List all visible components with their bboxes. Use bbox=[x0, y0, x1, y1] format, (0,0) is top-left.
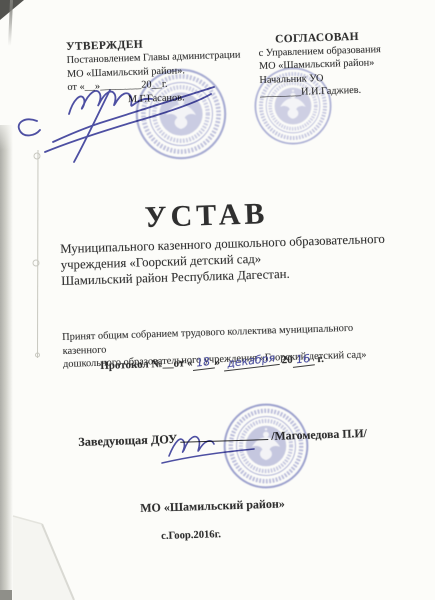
signature-ink-bottom bbox=[162, 437, 254, 463]
signature-ink-top bbox=[19, 87, 214, 162]
signature-ink-layer bbox=[0, 0, 435, 600]
scanned-charter-page: УТВЕРЖДЕН Постановлением Главы администр… bbox=[0, 0, 435, 600]
